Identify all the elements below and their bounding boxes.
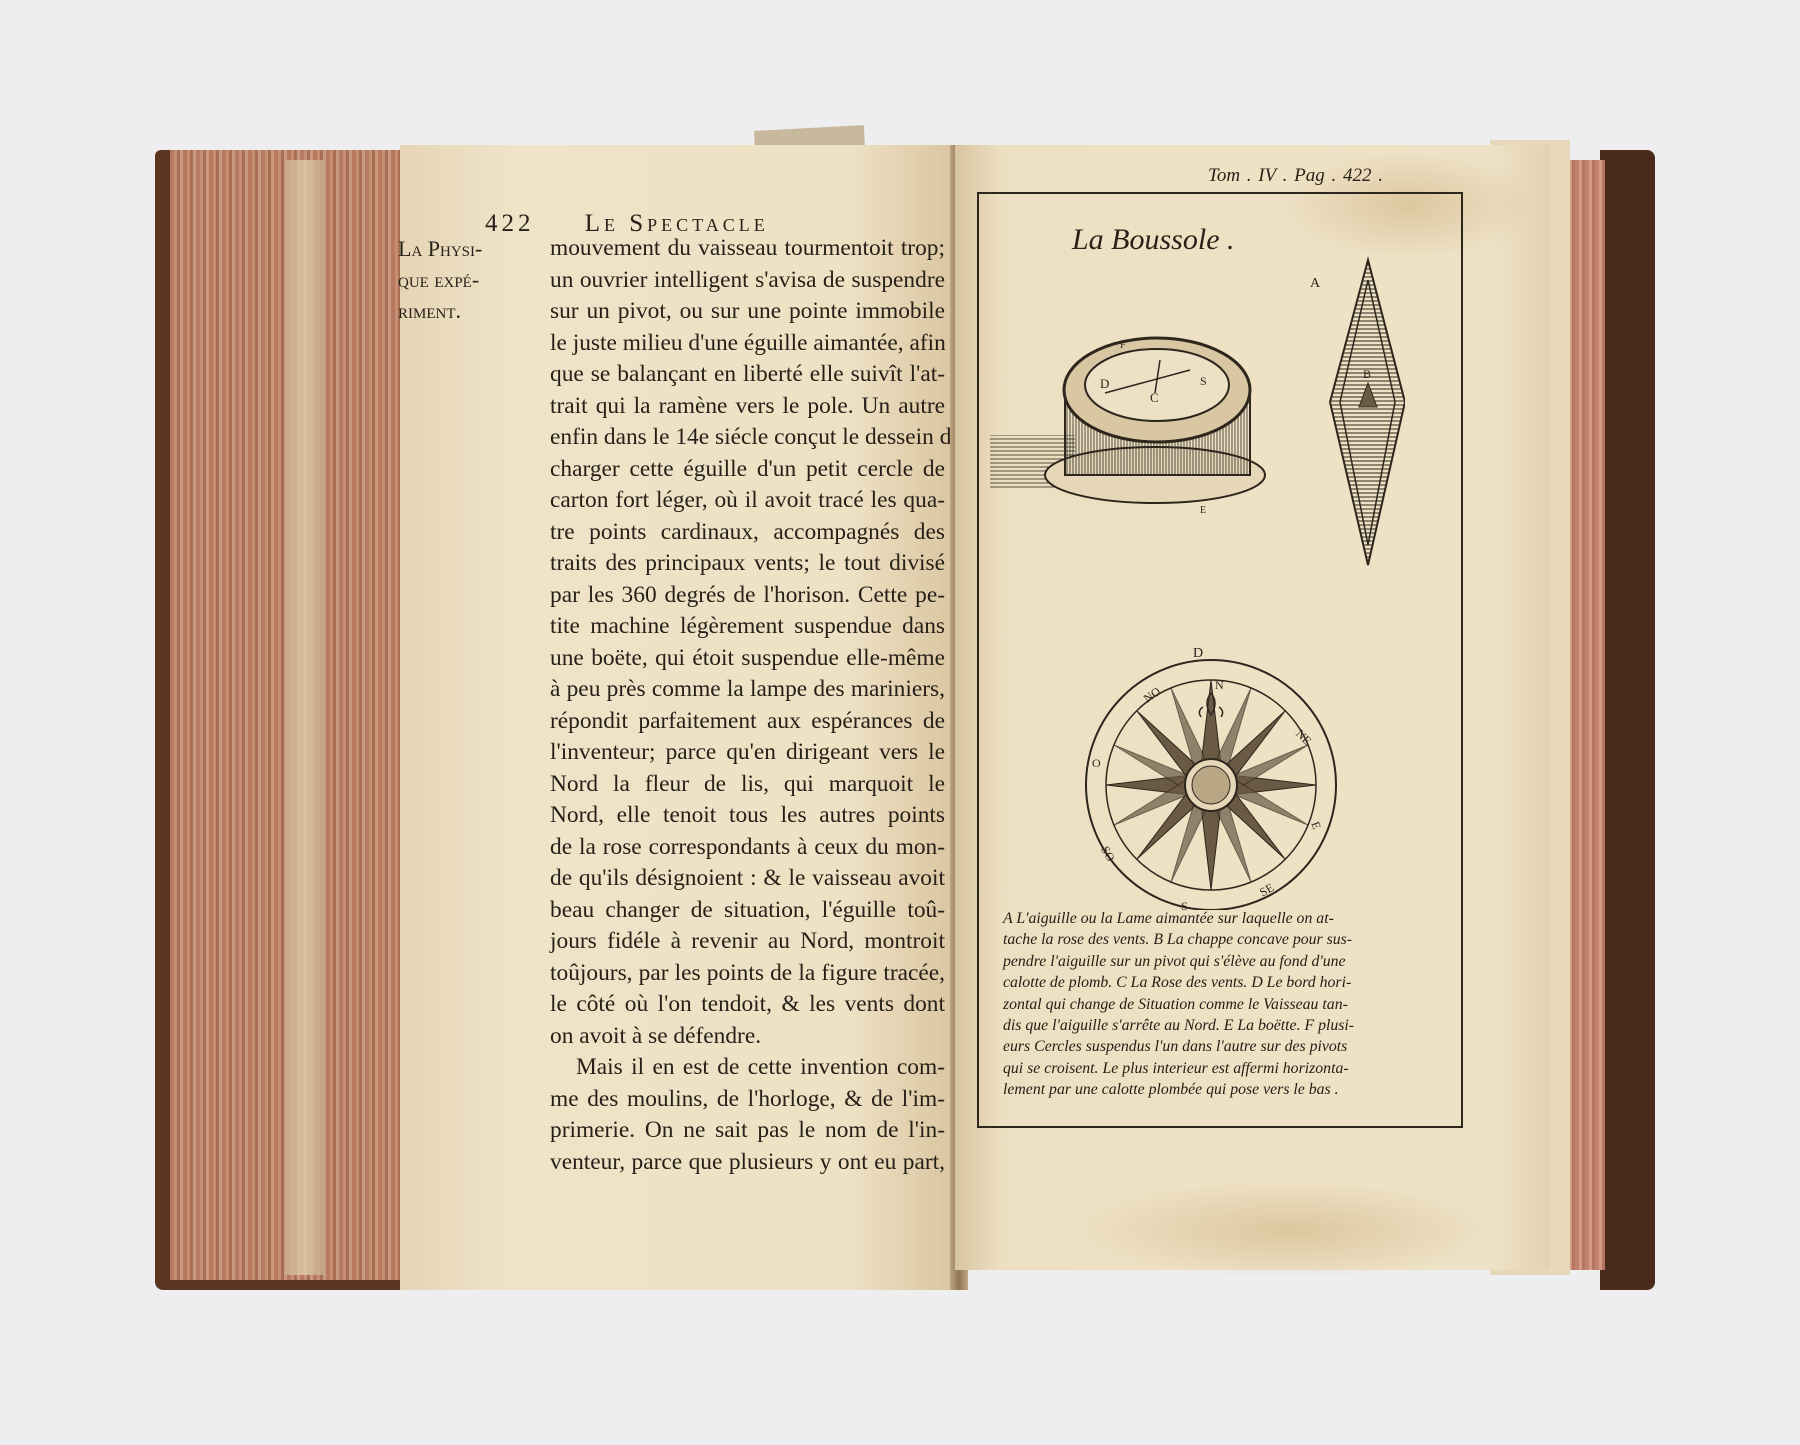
text-line: tre points cardinaux, accompagnés des — [550, 517, 945, 549]
text-line: que se balançant en liberté elle suivît … — [550, 359, 945, 391]
text-line: l'inventeur; parce qu'en dirigeant vers … — [550, 737, 945, 769]
caption-line: lement par une calotte plombée qui pose … — [1003, 1079, 1451, 1100]
text-line: Nord, elle tenoit tous les autres points — [550, 800, 945, 832]
text-line: Mais il en est de cette invention com- — [550, 1052, 945, 1084]
sidenote-line: que expé- — [398, 264, 482, 295]
text-line: le juste milieu d'une éguille aimantée, … — [550, 328, 945, 360]
text-line: de la rose correspondants à ceux du mon- — [550, 832, 945, 864]
text-line: enfin dans le 14e siécle conçut le desse… — [550, 422, 945, 454]
label-E: E — [1200, 505, 1206, 515]
plate-title: La Boussole . — [1072, 223, 1235, 257]
label-A: A — [1310, 276, 1321, 291]
magnetic-needle-illustration: A B — [1305, 255, 1405, 575]
text-line: beau changer de situation, l'éguille toû… — [550, 895, 945, 927]
plate-reference: Tom . IV . Pag . 422 . — [1208, 165, 1383, 187]
label-S: S — [1200, 374, 1207, 388]
compass-box-illustration: F D C S E — [985, 285, 1285, 515]
margin-sidenote: La Physi- que expé- riment. — [398, 233, 482, 326]
text-line: venteur, parce que plusieurs y ont eu pa… — [550, 1147, 945, 1179]
caption-line: A L'aiguille ou la Lame aimantée sur laq… — [1003, 908, 1451, 929]
text-line: toûjours, par les points de la figure tr… — [550, 958, 945, 990]
label-B: B — [1363, 367, 1371, 381]
caption-line: calotte de plomb. C La Rose des vents. D… — [1003, 972, 1451, 993]
text-line: me des moulins, de l'horloge, & de l'im- — [550, 1084, 945, 1116]
text-line: tite machine légèrement suspendue dans — [550, 611, 945, 643]
label-SO: SO — [1098, 844, 1118, 865]
page-block-stained-band — [285, 160, 325, 1275]
plate-caption: A L'aiguille ou la Lame aimantée sur laq… — [1003, 908, 1451, 1101]
compass-rose-illustration: D N NO NE O E SO S SE — [1075, 645, 1345, 910]
label-E: E — [1308, 819, 1324, 831]
sidenote-line: riment. — [398, 295, 482, 326]
text-line: un ouvrier intelligent s'avisa de suspen… — [550, 265, 945, 297]
label-O: O — [1092, 756, 1101, 770]
text-line: charger cette éguille d'un petit cercle … — [550, 454, 945, 486]
text-line: traits des principaux vents; le tout div… — [550, 548, 945, 580]
text-line: Nord la fleur de lis, qui marquoit le — [550, 769, 945, 801]
text-line: carton fort léger, où il avoit tracé les… — [550, 485, 945, 517]
caption-line: eurs Cercles suspendus l'un dans l'autre… — [1003, 1036, 1451, 1057]
text-line: de qu'ils désignoient : & le vaisseau av… — [550, 863, 945, 895]
label-D: D — [1100, 376, 1109, 391]
text-line: mouvement du vaisseau tourmentoit trop; — [550, 233, 945, 265]
label-F: F — [1120, 340, 1126, 351]
label-C: C — [1150, 390, 1159, 405]
text-line: on avoit à se défendre. — [550, 1021, 945, 1053]
body-text: mouvement du vaisseau tourmentoit trop; … — [550, 233, 945, 1178]
book-cover-right — [1600, 150, 1655, 1290]
sidenote-line: La Physi- — [398, 233, 482, 264]
label-N: N — [1215, 678, 1224, 692]
text-line: sur un pivot, ou sur une pointe immobile — [550, 296, 945, 328]
text-line: à peu près comme la lampe des mariniers, — [550, 674, 945, 706]
caption-line: zontal qui change de Situation comme le … — [1003, 994, 1451, 1015]
text-line: primerie. On ne sait pas le nom de l'in- — [550, 1115, 945, 1147]
text-line: par les 360 degrés de l'horison. Cette p… — [550, 580, 945, 612]
caption-line: pendre l'aiguille sur un pivot qui s'élè… — [1003, 951, 1451, 972]
caption-line: qui se croisent. Le plus interieur est a… — [1003, 1058, 1451, 1079]
text-line: jours fidéle à revenir au Nord, montroit — [550, 926, 945, 958]
text-line: une boëte, qui étoit suspendue elle-même — [550, 643, 945, 675]
caption-line: dis que l'aiguille s'arrête au Nord. E L… — [1003, 1015, 1451, 1036]
text-line: trait qui la ramène vers le pole. Un aut… — [550, 391, 945, 423]
text-line: répondit parfaitement aux espérances de — [550, 706, 945, 738]
label-NE: NE — [1293, 727, 1314, 748]
label-NO: NO — [1141, 684, 1164, 706]
water-stain — [1080, 1180, 1500, 1280]
page-number: 422 — [485, 210, 535, 237]
label-SE: SE — [1257, 880, 1276, 899]
label-D: D — [1193, 646, 1203, 661]
text-line: le côté où l'on tendoit, & les vents don… — [550, 989, 945, 1021]
caption-line: tache la rose des vents. B La chappe con… — [1003, 929, 1451, 950]
